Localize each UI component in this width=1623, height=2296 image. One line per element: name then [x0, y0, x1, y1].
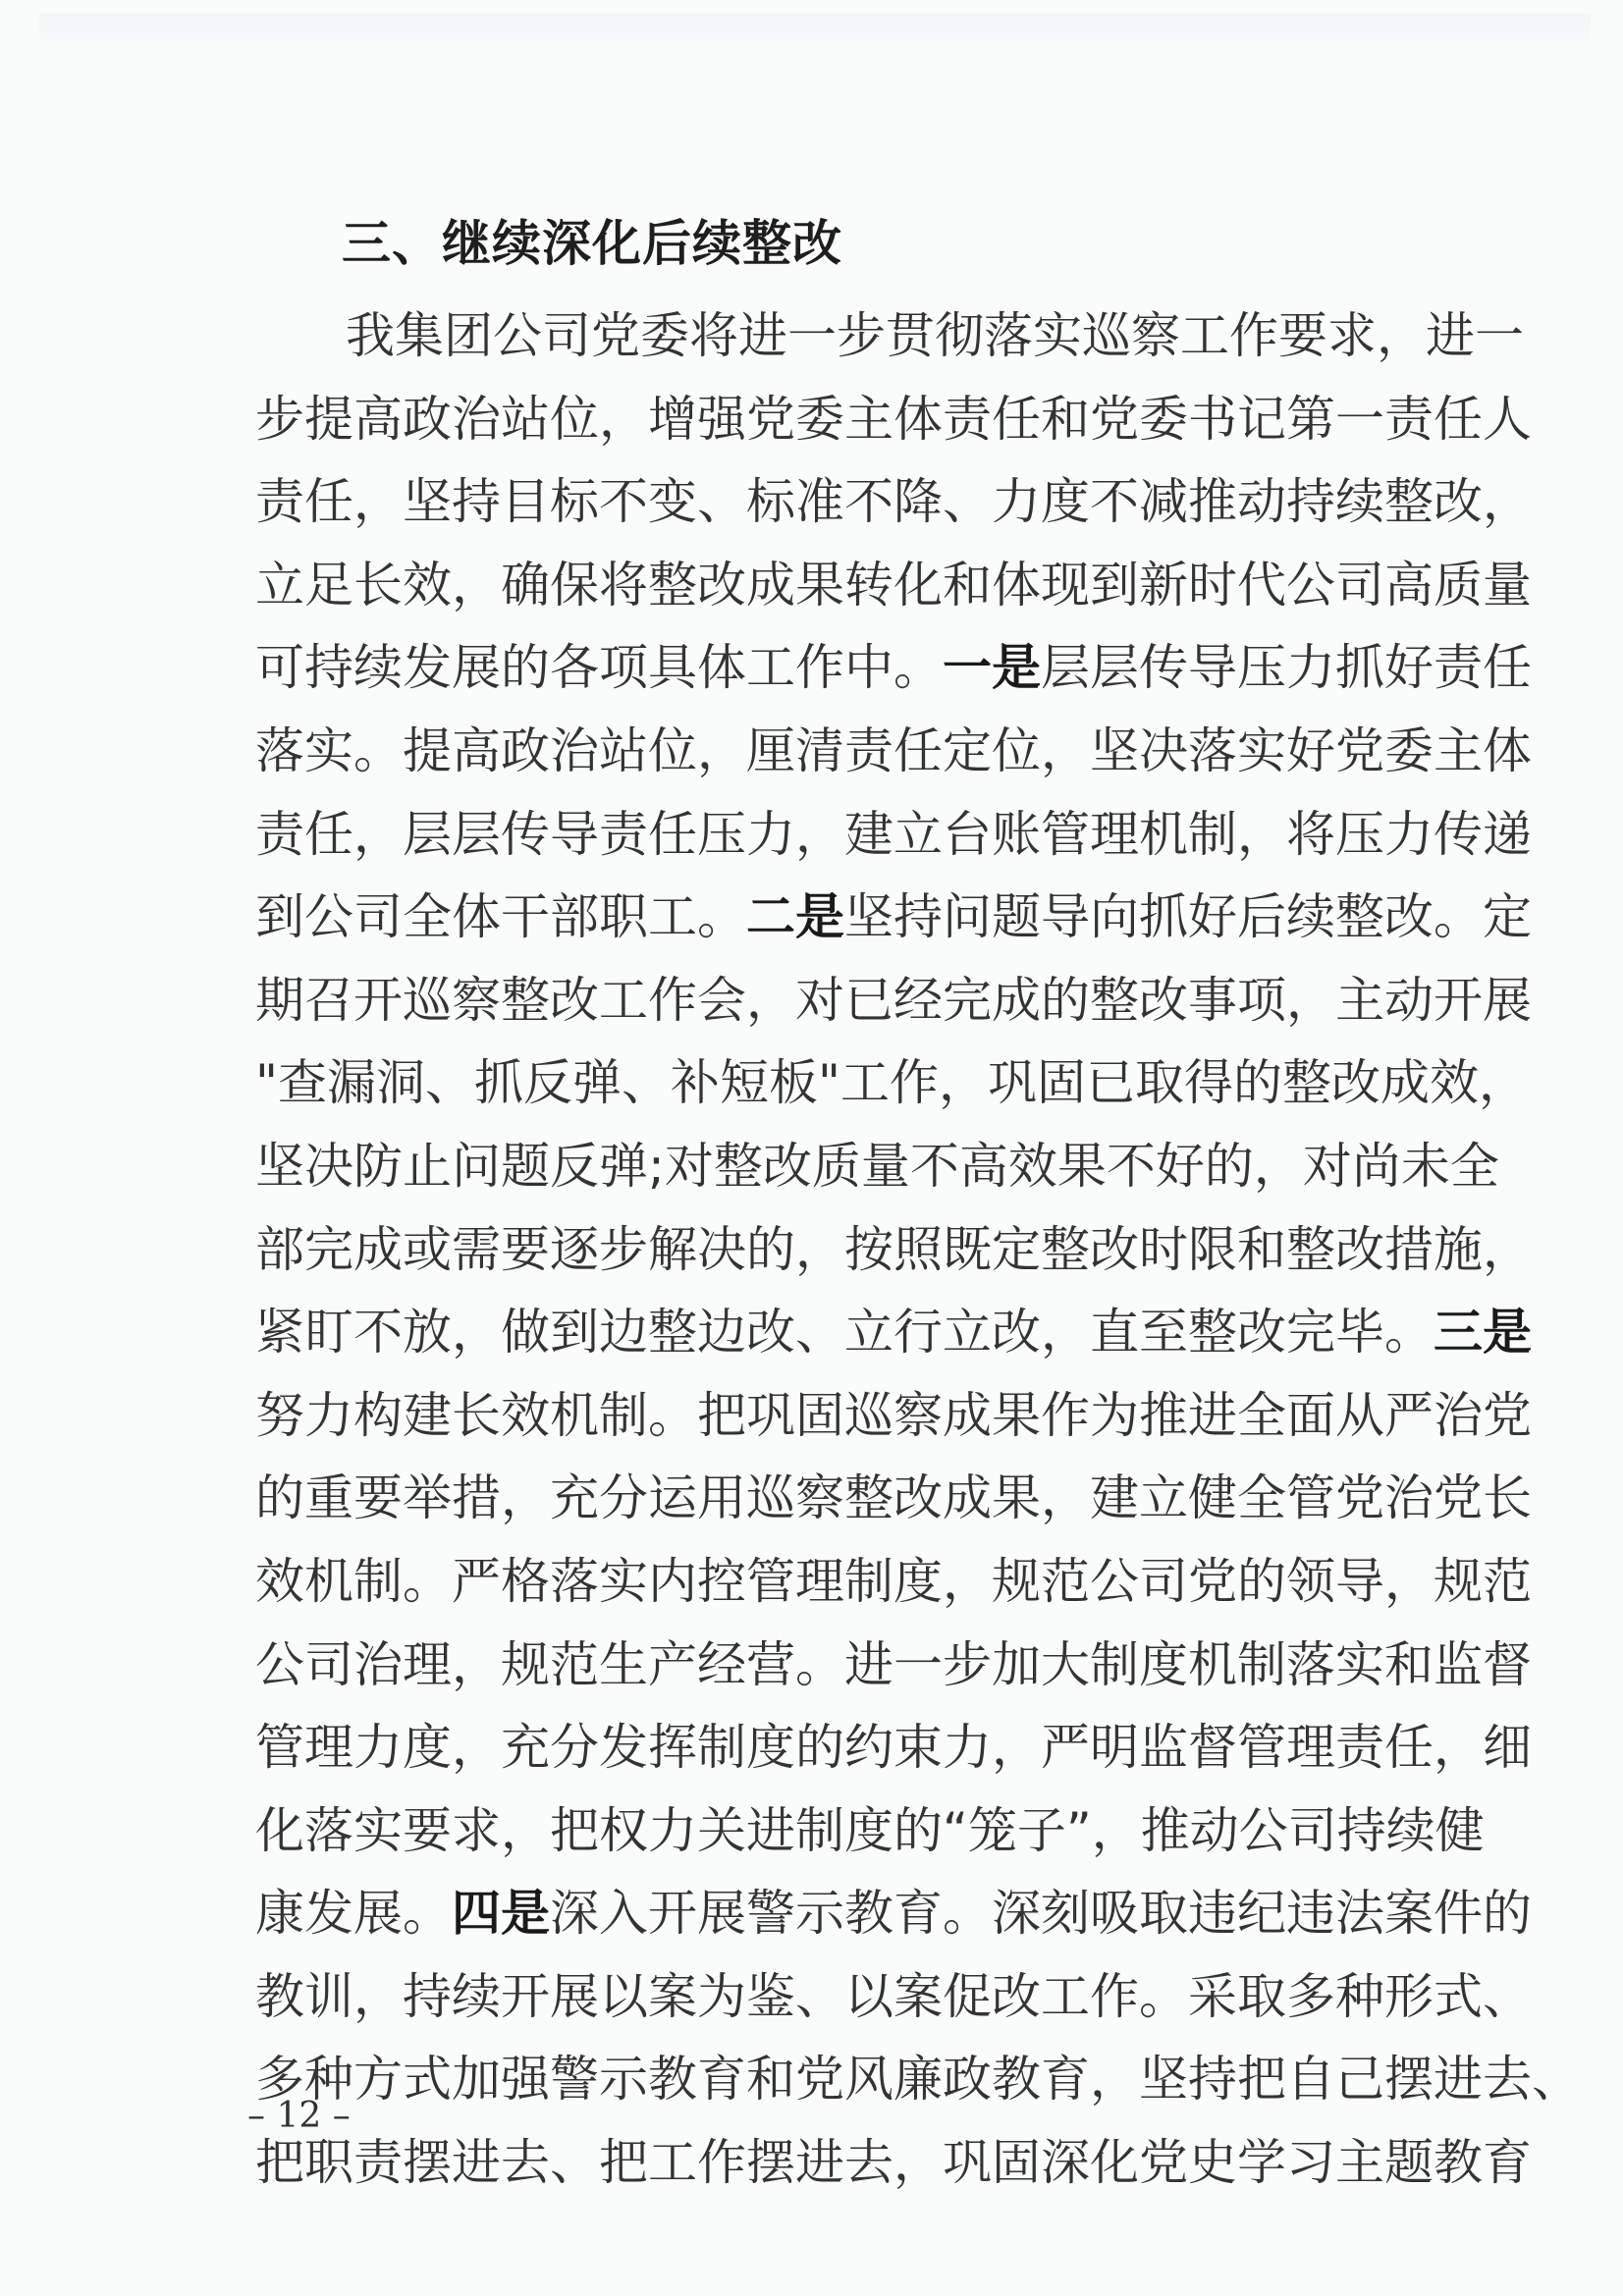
text-line: 坚决防止问题反弹;对整改质量不高效果不好的，对尚未全: [255, 1125, 1380, 1208]
text-line: 效机制。严格落实内控管理制度，规范公司党的领导，规范: [255, 1540, 1380, 1624]
text-line: 化落实要求，把权力关进制度的“笼子”，推动公司持续健: [255, 1789, 1380, 1873]
page-number: – 12 –: [247, 2097, 351, 2136]
text-line: 把职责摆进去、把工作摆进去，巩固深化党史学习主题教育: [255, 2121, 1380, 2205]
line-text: 紧盯不放，做到边整边改、立行立改，直至整改完毕。: [255, 1304, 1434, 1361]
line-text: 坚决防止问题反弹;对整改质量不高效果不好的，对尚未全: [255, 1138, 1499, 1195]
text-line: 管理力度，充分发挥制度的约束力，严明监督管理责任，细: [255, 1706, 1380, 1789]
emphasis-text: 三是: [1434, 1304, 1532, 1361]
text-line: 努力构建长效机制。把巩固巡察成果作为推进全面从严治党: [255, 1374, 1380, 1458]
text-line: 可持续发展的各项具体工作中。一是层层传导压力抓好责任: [255, 626, 1380, 710]
text-line: 到公司全体干部职工。二是坚持问题导向抓好后续整改。定: [255, 876, 1380, 959]
text-line: 康发展。四是深入开展警示教育。深刻吸取违纪违法案件的: [255, 1872, 1380, 1955]
line-text: 教训，持续开展以案为鉴、以案促改工作。采取多种形式、: [255, 1968, 1532, 2025]
line-text: "查漏洞、抓反弹、补短板"工作，巩固已取得的整改成效，: [255, 1054, 1528, 1111]
text-line: 公司治理，规范生产经营。进一步加大制度机制落实和监督: [255, 1624, 1380, 1707]
scan-artifact: [39, 14, 1591, 53]
text-line: 责任，坚持目标不变、标准不降、力度不减推动持续整改，: [255, 460, 1380, 544]
text-line: 紧盯不放，做到边整边改、立行立改，直至整改完毕。三是: [255, 1291, 1380, 1374]
line-text: 可持续发展的各项具体工作中。: [255, 639, 943, 696]
line-text: 期召开巡察整改工作会，对已经完成的整改事项，主动开展: [255, 972, 1532, 1029]
text-line: 责任，层层传导责任压力，建立台账管理机制，将压力传递: [255, 793, 1380, 877]
line-text: 责任，坚持目标不变、标准不降、力度不减推动持续整改，: [255, 473, 1532, 530]
body-text: 我集团公司党委将进一步贯彻落实巡察工作要求，进一步提高政治站位，增强党委主体责任…: [255, 294, 1380, 2205]
line-text: 多种方式加强警示教育和党风廉政教育，坚持把自己摆进去、: [255, 2051, 1581, 2108]
document-page: 三、继续深化后续整改 我集团公司党委将进一步贯彻落实巡察工作要求，进一步提高政治…: [0, 0, 1623, 2296]
text-line: 多种方式加强警示教育和党风廉政教育，坚持把自己摆进去、: [255, 2038, 1380, 2121]
line-text: 落实。提高政治站位，厘清责任定位，坚决落实好党委主体: [255, 722, 1532, 779]
text-line: 落实。提高政治站位，厘清责任定位，坚决落实好党委主体: [255, 710, 1380, 793]
line-text: 层层传导压力抓好责任: [1041, 639, 1532, 696]
text-line: 步提高政治站位，增强党委主体责任和党委书记第一责任人: [255, 378, 1380, 461]
text-line: 我集团公司党委将进一步贯彻落实巡察工作要求，进一: [255, 294, 1380, 378]
line-text: 步提高政治站位，增强党委主体责任和党委书记第一责任人: [255, 391, 1532, 448]
text-line: "查漏洞、抓反弹、补短板"工作，巩固已取得的整改成效，: [255, 1041, 1380, 1125]
line-text: 到公司全体干部职工。: [255, 888, 746, 945]
line-text: 部完成或需要逐步解决的，按照既定整改时限和整改措施，: [255, 1221, 1532, 1278]
line-text: 责任，层层传导责任压力，建立台账管理机制，将压力传递: [255, 806, 1532, 863]
line-text: 立足长效，确保将整改成果转化和体现到新时代公司高质量: [255, 557, 1532, 614]
text-line: 教训，持续开展以案为鉴、以案促改工作。采取多种形式、: [255, 1955, 1380, 2039]
line-text: 坚持问题导向抓好后续整改。定: [844, 888, 1532, 945]
line-text: 把职责摆进去、把工作摆进去，巩固深化党史学习主题教育: [255, 2134, 1532, 2191]
line-text: 努力构建长效机制。把巩固巡察成果作为推进全面从严治党: [255, 1387, 1532, 1444]
text-line: 部完成或需要逐步解决的，按照既定整改时限和整改措施，: [255, 1208, 1380, 1292]
text-line: 立足长效，确保将整改成果转化和体现到新时代公司高质量: [255, 544, 1380, 627]
line-text: 效机制。严格落实内控管理制度，规范公司党的领导，规范: [255, 1553, 1532, 1610]
line-text: 化落实要求，把权力关进制度的“笼子”，推动公司持续健: [255, 1802, 1485, 1859]
emphasis-text: 一是: [943, 639, 1041, 696]
line-text: 公司治理，规范生产经营。进一步加大制度机制落实和监督: [255, 1636, 1532, 1693]
emphasis-text: 四是: [452, 1885, 550, 1942]
line-text: 管理力度，充分发挥制度的约束力，严明监督管理责任，细: [255, 1719, 1532, 1776]
emphasis-text: 二是: [746, 888, 844, 945]
line-text: 深入开展警示教育。深刻吸取违纪违法案件的: [550, 1885, 1532, 1942]
line-text: 的重要举措，充分运用巡察整改成果，建立健全管党治党长: [255, 1469, 1532, 1526]
section-title: 三、继续深化后续整改: [342, 214, 842, 273]
text-line: 的重要举措，充分运用巡察整改成果，建立健全管党治党长: [255, 1457, 1380, 1540]
text-line: 期召开巡察整改工作会，对已经完成的整改事项，主动开展: [255, 959, 1380, 1042]
line-text: 康发展。: [255, 1885, 452, 1942]
line-text: 我集团公司党委将进一步贯彻落实巡察工作要求，进一: [346, 307, 1524, 364]
